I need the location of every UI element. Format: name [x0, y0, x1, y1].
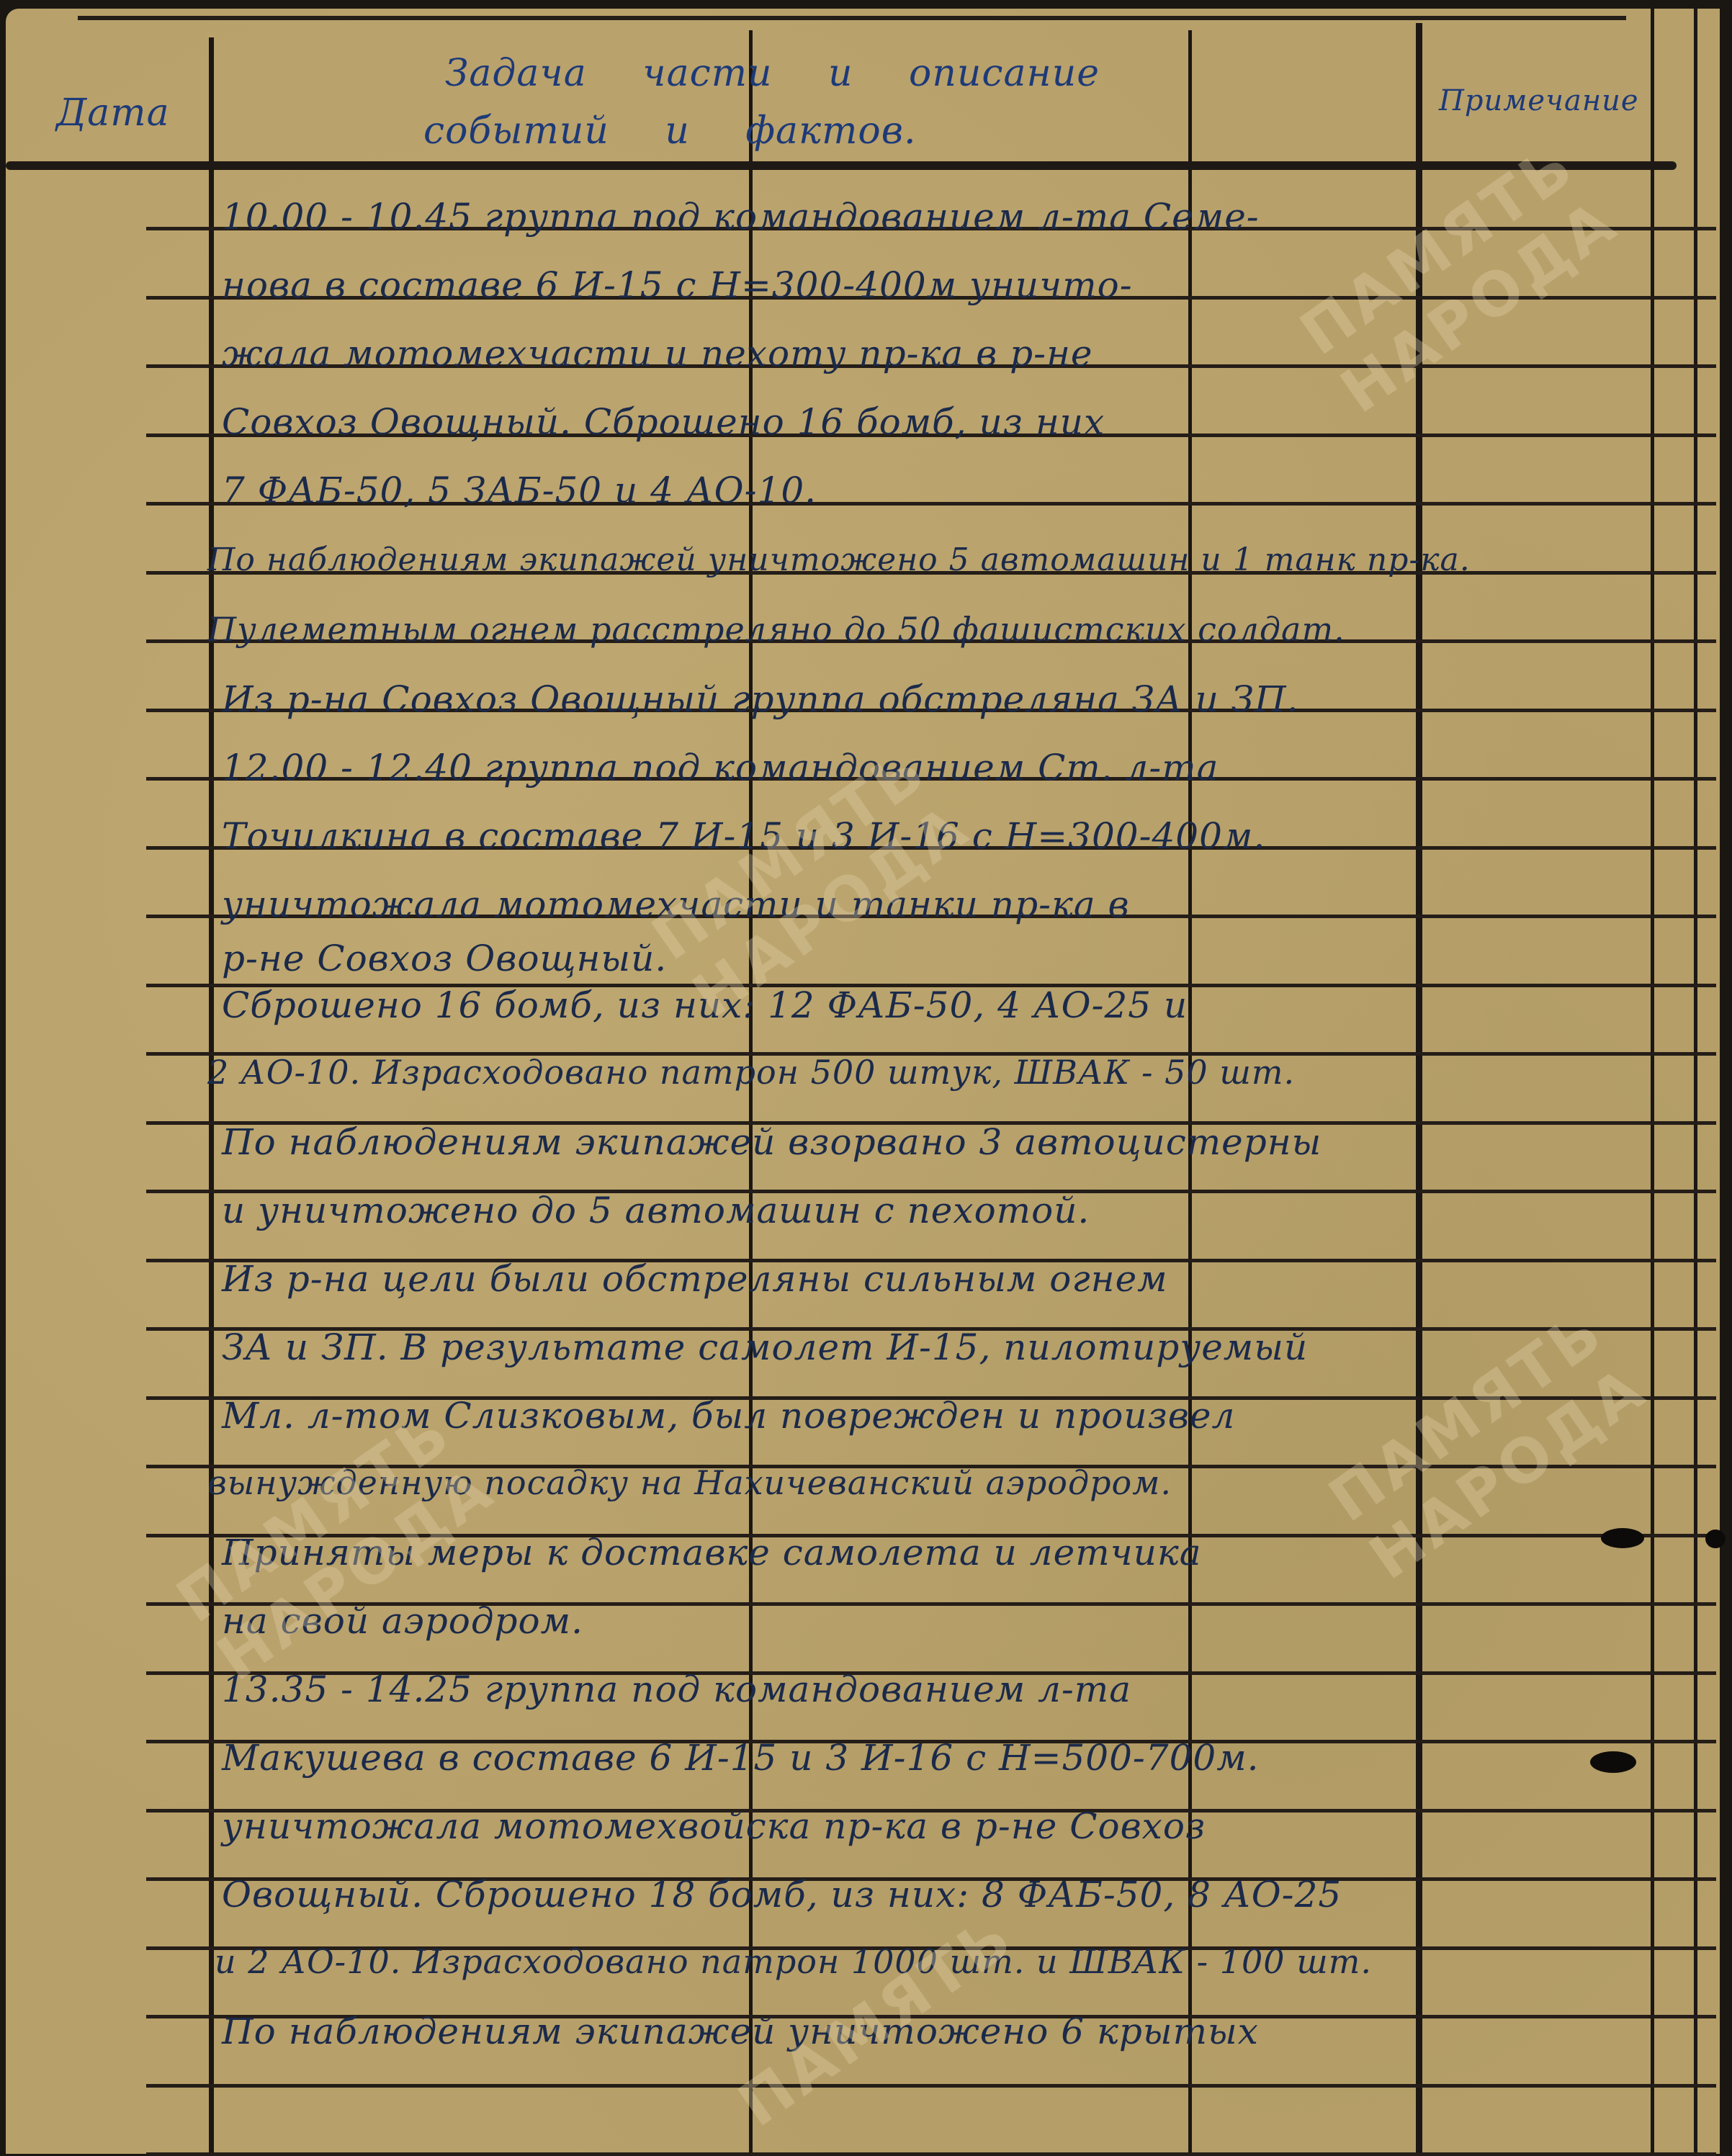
entry-line: Приняты меры к доставке самолета и летчи… [222, 1532, 1202, 1573]
entry-line: вынужденную посадку на Нахичеванский аэр… [207, 1463, 1172, 1502]
entry-line: ЗА и ЗП. В результате самолет И-15, пило… [222, 1326, 1308, 1368]
entry-line: Сброшено 16 бомб, из них: 12 ФАБ-50, 4 А… [222, 984, 1188, 1026]
binder-hole [1590, 1751, 1636, 1773]
entry-line: нова в составе 6 И-15 с Н=300-400м уничт… [222, 264, 1133, 306]
entry-line: р-не Совхоз Овощный. [222, 938, 667, 979]
entry-line: Мл. л-том Слизковым, был поврежден и про… [222, 1395, 1235, 1437]
entry-line: По наблюдениям экипажей уничтожено 6 кры… [222, 2011, 1259, 2052]
document-page: Дата Задача части и описание событий и ф… [6, 9, 1720, 2154]
entry-line: жала мотомехчасти и пехоту пр-ка в р-не [222, 333, 1093, 374]
binder-hole [1705, 1530, 1726, 1548]
entry-line: 12.00 - 12.40 группа под командованием С… [222, 747, 1219, 789]
page-edge-rule [1651, 9, 1654, 2154]
entry-line: По наблюдениям экипажей взорвано 3 автоц… [222, 1121, 1322, 1163]
date-column-divider [209, 37, 214, 2154]
entry-line: По наблюдениям экипажей уничтожено 5 авт… [207, 542, 1471, 578]
entry-line: уничтожала мотомехвойска пр-ка в р-не Со… [222, 1805, 1206, 1847]
entry-line: Из р-на Совхоз Овощный группа обстреляна… [222, 678, 1298, 720]
watermark: ПАМЯТЬ НАРОДА [1288, 127, 1630, 426]
spine-rule [1694, 9, 1697, 2154]
watermark-line2: НАРОДА [1357, 1352, 1659, 1594]
note-column-header: Примечание [1439, 84, 1639, 117]
description-header-line1: Задача части и описание [445, 52, 1100, 95]
entry-line: и 2 АО-10. Израсходовано патрон 1000 шт.… [215, 1942, 1372, 1981]
entry-line: Совхоз Овощный. Сброшено 16 бомб, из них [222, 401, 1105, 443]
binder-hole [1601, 1528, 1644, 1548]
date-column-header: Дата [56, 91, 170, 135]
entry-line: уничтожала мотомехчасти и танки пр-ка в [222, 884, 1130, 925]
watermark-line2: НАРОДА [1328, 186, 1630, 427]
ruled-line [146, 2084, 1716, 2088]
entry-line: Пулеметным огнем расстреляно до 50 фашис… [207, 610, 1345, 649]
entry-line: на свой аэродром. [222, 1600, 583, 1642]
entry-line: 7 ФАБ-50, 5 ЗАБ-50 и 4 АО-10. [222, 470, 817, 511]
entry-line: Точилкина в составе 7 И-15 и 3 И-16 с Н=… [222, 815, 1265, 857]
header-separator [6, 161, 1677, 170]
watermark: ПАМЯТЬ НАРОДА [1316, 1294, 1659, 1593]
top-border-rule [78, 16, 1626, 20]
entry-line: 2 АО-10. Израсходовано патрон 500 штук, … [207, 1053, 1295, 1092]
entry-line: Из р-на цели были обстреляны сильным огн… [222, 1258, 1168, 1300]
entry-line: Овощный. Сброшено 18 бомб, из них: 8 ФАБ… [222, 1874, 1342, 1915]
note-column-divider [1416, 23, 1422, 2154]
entry-line: и уничтожено до 5 автомашин с пехотой. [222, 1190, 1090, 1231]
entry-line: 13.35 - 14.25 группа под командованием л… [222, 1668, 1131, 1710]
description-header-line2: событий и фактов. [423, 109, 917, 153]
entry-line: 10.00 - 10.45 группа под командованием л… [222, 196, 1260, 238]
entry-line: Макушева в составе 6 И-15 и 3 И-16 с Н=5… [222, 1737, 1260, 1779]
